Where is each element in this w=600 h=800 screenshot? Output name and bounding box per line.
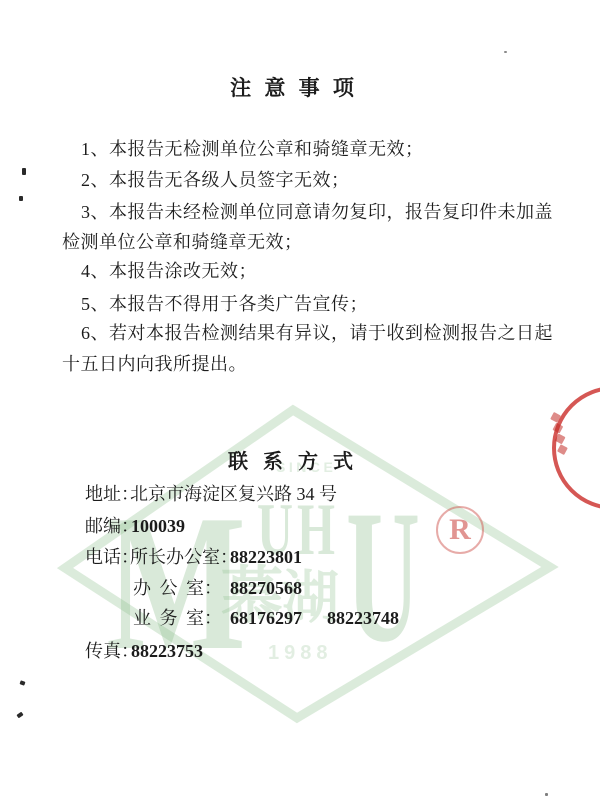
fax-row: 传真： 88223753: [0, 640, 600, 664]
notice-line-5: 5、本报告不得用于各类广告宣传；: [62, 293, 561, 315]
scan-speck: [19, 196, 23, 201]
notice-line-3: 3、本报告未经检测单位同意请勿复印，报告复印件未加盖: [62, 201, 561, 223]
notice-line-6-continued: 十五日内向我所提出。: [62, 353, 542, 375]
notice-line-6: 6、若对本报告检测结果有异议，请于收到检测报告之日起: [62, 322, 561, 344]
phone-room1-label: 所长办公室：: [130, 546, 238, 568]
document-content: 注 意 事 项 1、本报告无检测单位公章和骑缝章无效； 2、本报告无各级人员签字…: [0, 0, 600, 800]
notice-line-1: 1、本报告无检测单位公章和骑缝章无效；: [62, 138, 561, 160]
notice-line-3-continued: 检测单位公章和骑缝章无效；: [62, 231, 542, 253]
fax-value: 88223753: [131, 640, 203, 662]
phone-number-2: 88270568: [230, 577, 302, 599]
scan-speck: [545, 793, 548, 796]
address-value: 北京市海淀区复兴路 34 号: [130, 483, 337, 505]
phone-number-3a: 68176297: [230, 607, 302, 629]
contact-title: 联 系 方 式: [0, 445, 593, 474]
phone-number-3b: 88223748: [327, 607, 399, 629]
scan-speck: [504, 51, 507, 53]
postcode-row: 邮编： 100039: [0, 515, 600, 539]
document-page: M U H U 慕 湖 SINCE 1988 R 注 意 事 项 1、本报告无检…: [0, 0, 600, 800]
phone-row-office: 办 公 室： 88270568: [0, 577, 600, 601]
notice-line-2: 2、本报告无各级人员签字无效；: [62, 169, 561, 191]
phone-room3-label: 业 务 室：: [133, 607, 222, 629]
postcode-value: 100039: [131, 515, 185, 537]
notice-line-4: 4、本报告涂改无效；: [62, 260, 561, 282]
scan-speck: [22, 168, 26, 175]
phone-room2-label: 办 公 室：: [133, 577, 222, 599]
phone-row-director: 电话： 所长办公室： 88223801: [0, 546, 600, 570]
phone-row-business: 业 务 室： 68176297 88223748: [0, 607, 600, 631]
phone-number-1: 88223801: [230, 546, 302, 568]
address-row: 地址： 北京市海淀区复兴路 34 号: [0, 483, 600, 507]
notice-title: 注 意 事 项: [0, 72, 594, 102]
